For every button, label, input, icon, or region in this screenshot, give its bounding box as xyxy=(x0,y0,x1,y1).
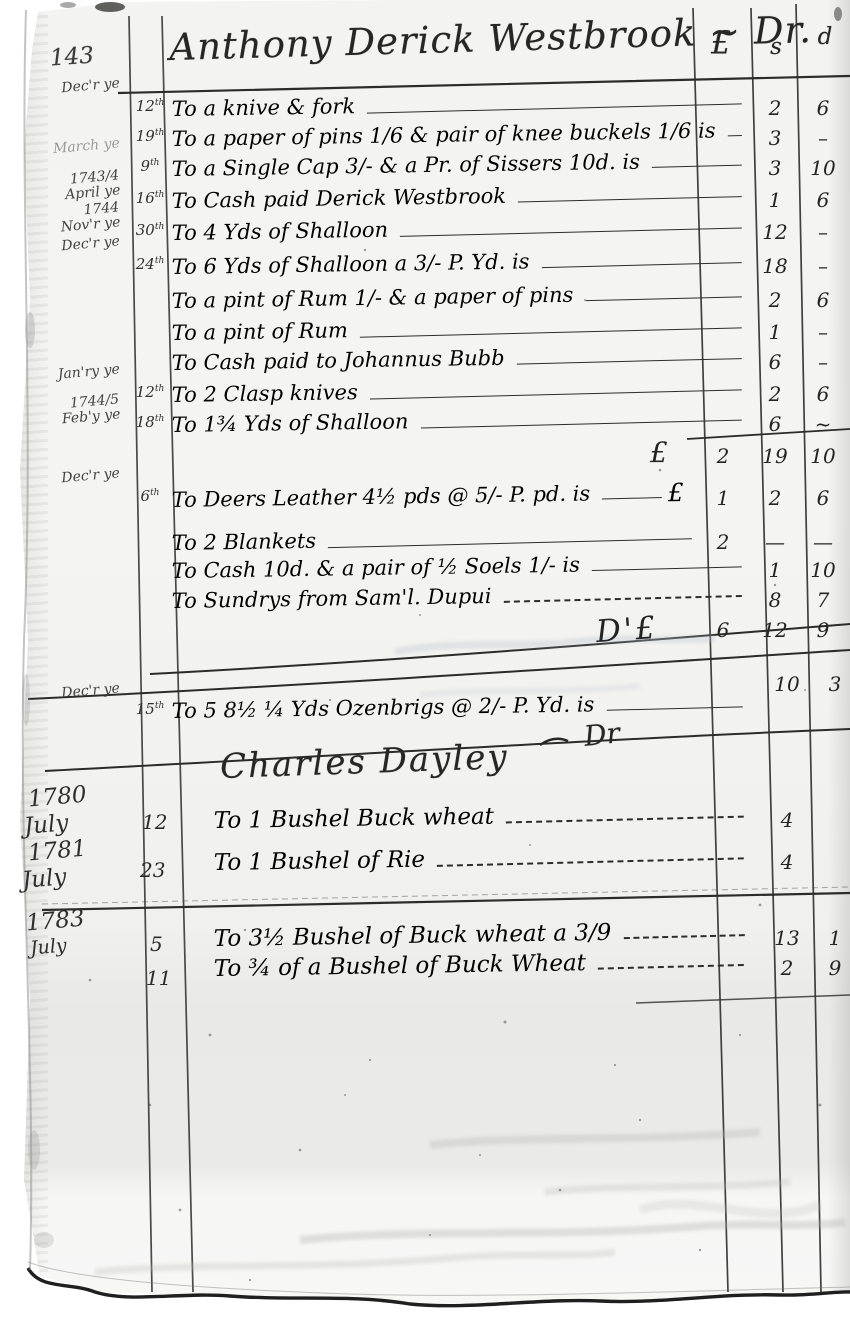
amount-pence: 6 xyxy=(801,288,845,312)
total-pence: 9 xyxy=(801,618,845,642)
amount-pence: – xyxy=(801,350,845,374)
amount-pence: — xyxy=(801,530,845,554)
total-symbol: D'£ xyxy=(595,610,659,650)
ledger-row: 10 3 Dec'r ye 15th To 5 8½ ¼ Yds Ozenbri… xyxy=(0,672,850,702)
entry-day: 24th xyxy=(130,255,170,273)
amount-pounds: 1 xyxy=(700,486,746,510)
ledger-row: Dec'r ye 6th To Deers Leather 4½ pds @ 5… xyxy=(0,486,850,516)
leader-line xyxy=(518,196,742,202)
page-number: 143 xyxy=(49,43,95,72)
entry-day: 18th xyxy=(130,413,170,431)
amount-shillings: 4 xyxy=(765,808,809,832)
entry-day: 15th xyxy=(130,700,170,718)
pounds-column-header: £ xyxy=(696,24,746,62)
leader-line xyxy=(360,327,742,337)
amount-pence: ~ xyxy=(801,412,845,436)
amount-shillings: 2 xyxy=(753,382,797,406)
subtotal-row: £ 2 19 10 xyxy=(0,444,850,474)
amount-shillings: 12 xyxy=(753,220,797,244)
total-row: D'£ 6 12 9 xyxy=(0,618,850,648)
entry-day: 19th xyxy=(130,127,170,145)
amount-pence: 1 xyxy=(813,926,850,950)
amount-shillings: 3 xyxy=(753,156,797,180)
amount-pence: – xyxy=(801,126,845,150)
amount-shillings: 2 xyxy=(753,288,797,312)
ledger-row: 1744/5Feb'y ye 18th To 1¾ Yds of Shalloo… xyxy=(0,412,850,442)
leader-line xyxy=(728,135,742,136)
amount-shillings: 8 xyxy=(753,588,797,612)
amount-pence: – xyxy=(801,254,845,278)
amount-pence: 6 xyxy=(801,486,845,510)
leader-line xyxy=(623,934,744,939)
amount-shillings: 4 xyxy=(765,850,809,874)
ledger-row: To 1 Bushel of Rie 4 xyxy=(0,850,850,880)
amount-shillings: 1 xyxy=(753,188,797,212)
pound-sign: £ xyxy=(650,436,668,469)
leader-line xyxy=(367,103,742,113)
amount-shillings: 13 xyxy=(765,926,809,950)
amount-pence: 6 xyxy=(801,382,845,406)
amount-pence: 6 xyxy=(801,188,845,212)
leader-line xyxy=(504,595,742,603)
amount-pence: 6 xyxy=(801,96,845,120)
ledger-row: To Sundrys from Sam'l. Dupui 8 7 xyxy=(0,588,850,618)
amount-shillings: 2 xyxy=(753,96,797,120)
ledger-row: To ¾ of a Bushel of Buck Wheat 2 9 xyxy=(0,956,850,986)
amount-shillings: 3 xyxy=(753,126,797,150)
amount-pence: 3 xyxy=(813,672,850,696)
pound-sign: £ xyxy=(668,478,684,507)
leader-line xyxy=(606,706,741,710)
leader-line xyxy=(592,566,742,571)
leader-line xyxy=(328,538,692,548)
amount-shillings: 2 xyxy=(765,956,809,980)
total-pounds: 6 xyxy=(700,618,746,642)
entry-day: 30th xyxy=(130,221,170,239)
amount-shillings: 1 xyxy=(753,320,797,344)
leader-line xyxy=(506,816,744,824)
amount-shillings: 6 xyxy=(753,350,797,374)
amount-shillings: 6 xyxy=(753,412,797,436)
subtotal-shillings: 19 xyxy=(753,444,797,468)
amount-pence: 9 xyxy=(813,956,850,980)
entry-day: 12th xyxy=(130,383,170,401)
amount-shillings: 1 xyxy=(753,558,797,582)
amount-pence: 7 xyxy=(801,588,845,612)
leader-line xyxy=(517,358,742,365)
total-shillings: 12 xyxy=(753,618,797,642)
leader-line xyxy=(420,420,741,429)
amount-pence: 10 xyxy=(801,558,845,582)
leader-line xyxy=(602,497,662,499)
entry-day: 6th xyxy=(130,487,170,505)
subtotal-pence: 10 xyxy=(801,444,845,468)
amount-shillings: 18 xyxy=(753,254,797,278)
leader-line xyxy=(370,389,742,399)
shillings-column-header: s xyxy=(756,34,796,60)
pence-column-header: d xyxy=(804,24,846,50)
second-account-dr: Dr xyxy=(582,716,621,753)
entry-day: 9th xyxy=(130,157,170,175)
entry-day: 16th xyxy=(130,189,170,207)
leader-line xyxy=(598,964,744,970)
amount-shillings: — xyxy=(753,530,797,554)
leader-line xyxy=(585,296,741,301)
leader-line xyxy=(400,228,742,237)
leader-line xyxy=(542,262,742,268)
amount-pence: – xyxy=(801,220,845,244)
entry-day: 12th xyxy=(130,97,170,115)
amount-shillings: 10 xyxy=(765,672,809,696)
amount-shillings: 2 xyxy=(753,486,797,510)
leader-line xyxy=(437,857,744,866)
amount-pence: – xyxy=(801,320,845,344)
amount-pence: 10 xyxy=(801,156,845,180)
subtotal-pounds: 2 xyxy=(700,444,746,468)
ledger-row: To 1 Bushel Buck wheat 4 xyxy=(0,808,850,838)
leader-line xyxy=(652,165,742,168)
